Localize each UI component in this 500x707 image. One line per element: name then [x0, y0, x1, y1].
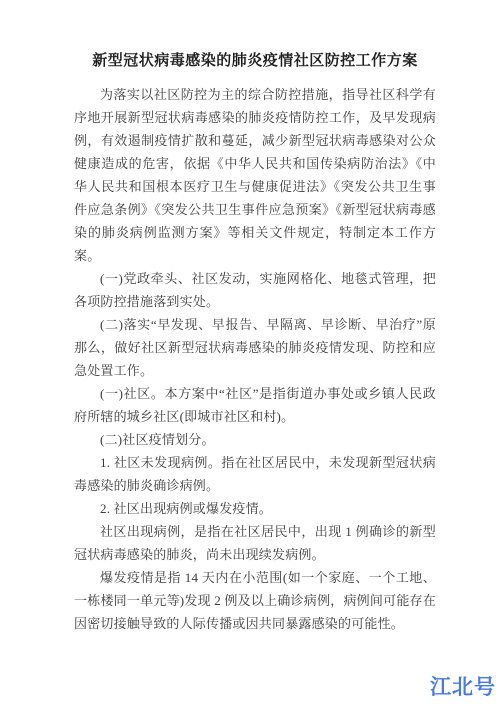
- document-page: 新型冠状病毒感染的肺炎疫情社区防控工作方案 为落实以社区防控为主的综合防控措施，…: [0, 0, 500, 707]
- paragraph: 2. 社区出现病例或爆发疫情。: [74, 497, 436, 520]
- paragraph: 爆发疫情是指 14 天内在小范围(如一个家庭、一个工地、一栋楼同一单元等)发现 …: [74, 566, 436, 635]
- paragraph: 为落实以社区防控为主的综合防控措施，指导社区科学有序地开展新型冠状病毒感染的肺炎…: [74, 83, 436, 267]
- document-content: 新型冠状病毒感染的肺炎疫情社区防控工作方案 为落实以社区防控为主的综合防控措施，…: [74, 50, 436, 635]
- document-title: 新型冠状病毒感染的肺炎疫情社区防控工作方案: [74, 50, 436, 72]
- document-paragraphs: 为落实以社区防控为主的综合防控措施，指导社区科学有序地开展新型冠状病毒感染的肺炎…: [74, 83, 436, 635]
- paragraph: 社区出现病例，是指在社区居民中，出现 1 例确诊的新型冠状病毒感染的肺炎，尚未出…: [74, 520, 436, 566]
- paragraph: (二)落实“早发现、早报告、早隔离、早诊断、早治疗”原那么，做好社区新型冠状病毒…: [74, 313, 436, 382]
- paragraph: (一)社区。本方案中“社区”是指街道办事处或乡镇人民政府所辖的城乡社区(即城市社…: [74, 382, 436, 428]
- paragraph: (二)社区疫情划分。: [74, 428, 436, 451]
- watermark-logo: 江北号: [430, 671, 496, 701]
- paragraph: 1. 社区未发现病例。指在社区居民中，未发现新型冠状病毒感染的肺炎确诊病例。: [74, 451, 436, 497]
- paragraph: (一)党政牵头、社区发动，实施网格化、地毯式管理，把各项防控措施落到实处。: [74, 267, 436, 313]
